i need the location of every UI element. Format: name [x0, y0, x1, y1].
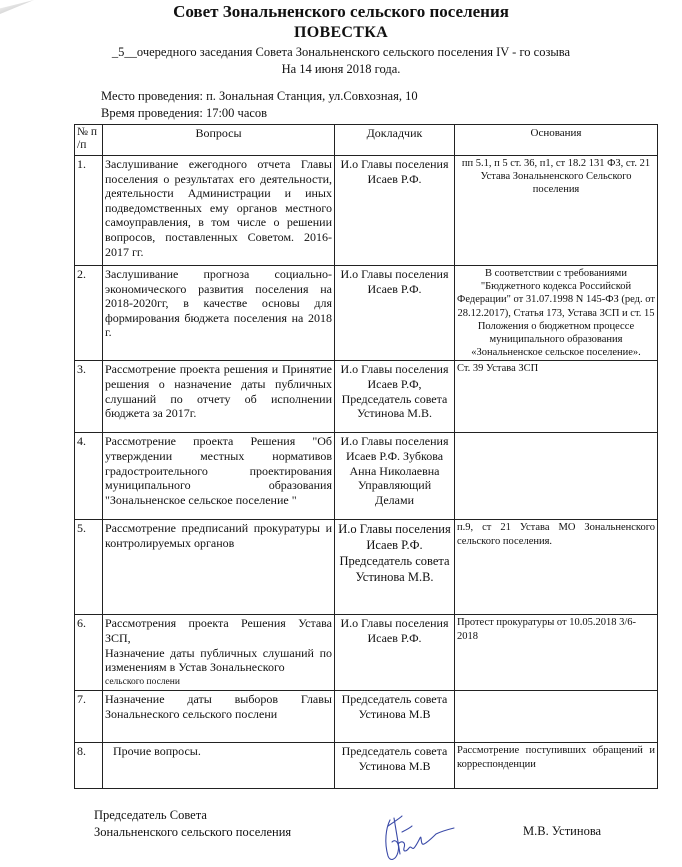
row-speaker: И.о Главы поселения Исаев Р.Ф. Зубкова А… [335, 433, 455, 520]
row-basis: В соответствии с требованиями "Бюджетног… [455, 266, 658, 361]
row-number: 4. [75, 433, 103, 520]
row-question: Назначение даты выборов Главы Зональнеск… [103, 691, 335, 743]
row-number: 5. [75, 520, 103, 615]
table-row: 1. Заслушивание ежегодного отчета Главы … [75, 156, 658, 266]
table-row: 3. Рассмотрение проекта решения и Принят… [75, 361, 658, 433]
table-row: 5. Рассмотрение предписаний прокуратуры … [75, 520, 658, 615]
column-header-number: № п /п [75, 125, 103, 156]
date-line: На 14 июня 2018 года. [0, 62, 682, 77]
session-line: _5__очередного заседания Совета Зональне… [0, 45, 682, 60]
row-question: Прочие вопросы. [103, 743, 335, 789]
row-basis: Рассмотрение поступивших обращений и кор… [455, 743, 658, 789]
row-basis: Протест прокуратуры от 10.05.2018 3/6-20… [455, 615, 658, 691]
row-basis: Ст. 39 Устава ЗСП [455, 361, 658, 433]
row-speaker: И.о Главы поселения Исаев Р.Ф, Председат… [335, 361, 455, 433]
row-question-group: Рассмотрения проекта Решения Устава ЗСП,… [103, 615, 335, 691]
row-speaker: Председатель совета Устинова М.В [335, 691, 455, 743]
row-question: Рассмотрения проекта Решения Устава ЗСП, [105, 616, 332, 645]
row-question: Заслушивание прогноза социально-экономич… [103, 266, 335, 361]
row-question: Рассмотрение проекта Решения "Об утвержд… [103, 433, 335, 520]
row-question-part-3: сельского послени [105, 675, 332, 690]
column-header-speaker: Докладчик [335, 125, 455, 156]
meeting-place: Место проведения: п. Зональная Станция, … [101, 89, 418, 104]
row-speaker: Председатель совета Устинова М.В [335, 743, 455, 789]
agenda-table: № п /п Вопросы Докладчик Основания 1. За… [74, 124, 658, 789]
row-basis: п.9, ст 21 Устава МО Зональненского сель… [455, 520, 658, 615]
row-number: 7. [75, 691, 103, 743]
row-speaker: И.о Главы поселения Исаев Р.Ф. [335, 266, 455, 361]
organization-title: Совет Зональненского сельского поселения [0, 2, 682, 22]
signer-title: Председатель Совета Зональненского сельс… [94, 807, 291, 841]
table-row: 8. Прочие вопросы. Председатель совета У… [75, 743, 658, 789]
row-number: 2. [75, 266, 103, 361]
row-speaker: И.о Главы поселения Исаев Р.Ф. [335, 615, 455, 691]
document-type-title: ПОВЕСТКА [0, 24, 682, 42]
column-header-basis: Основания [455, 125, 658, 156]
row-question: Рассмотрение предписаний прокуратуры и к… [103, 520, 335, 615]
row-number: 3. [75, 361, 103, 433]
table-row: 6. Рассмотрения проекта Решения Устава З… [75, 615, 658, 691]
table-row: 2. Заслушивание прогноза социально-эконо… [75, 266, 658, 361]
row-question: Заслушивание ежегодного отчета Главы пос… [103, 156, 335, 266]
row-number: 1. [75, 156, 103, 266]
row-basis [455, 433, 658, 520]
signer-title-line-1: Председатель Совета [94, 807, 291, 824]
row-basis: пп 5.1, п 5 ст. 36, п1, ст 18.2 131 ФЗ, … [455, 156, 658, 266]
signer-name: М.В. Устинова [523, 824, 601, 839]
row-number: 8. [75, 743, 103, 789]
column-header-questions: Вопросы [103, 125, 335, 156]
row-question: Рассмотрение проекта решения и Принятие … [103, 361, 335, 433]
row-speaker: И.о Главы поселения Исаев Р.Ф. [335, 156, 455, 266]
table-header-row: № п /п Вопросы Докладчик Основания [75, 125, 658, 156]
meeting-time: Время проведения: 17:00 часов [101, 106, 267, 121]
signer-title-line-2: Зональненского сельского поселения [94, 824, 291, 841]
handwritten-signature-icon [376, 812, 456, 866]
row-question-part-2: Назначение даты публичных слушаний по из… [105, 646, 332, 675]
row-basis [455, 691, 658, 743]
table-row: 4. Рассмотрение проекта Решения "Об утве… [75, 433, 658, 520]
table-row: 7. Назначение даты выборов Главы Зональн… [75, 691, 658, 743]
row-speaker: И.о Главы поселения Исаев Р.Ф. Председат… [335, 520, 455, 615]
row-number: 6. [75, 615, 103, 691]
